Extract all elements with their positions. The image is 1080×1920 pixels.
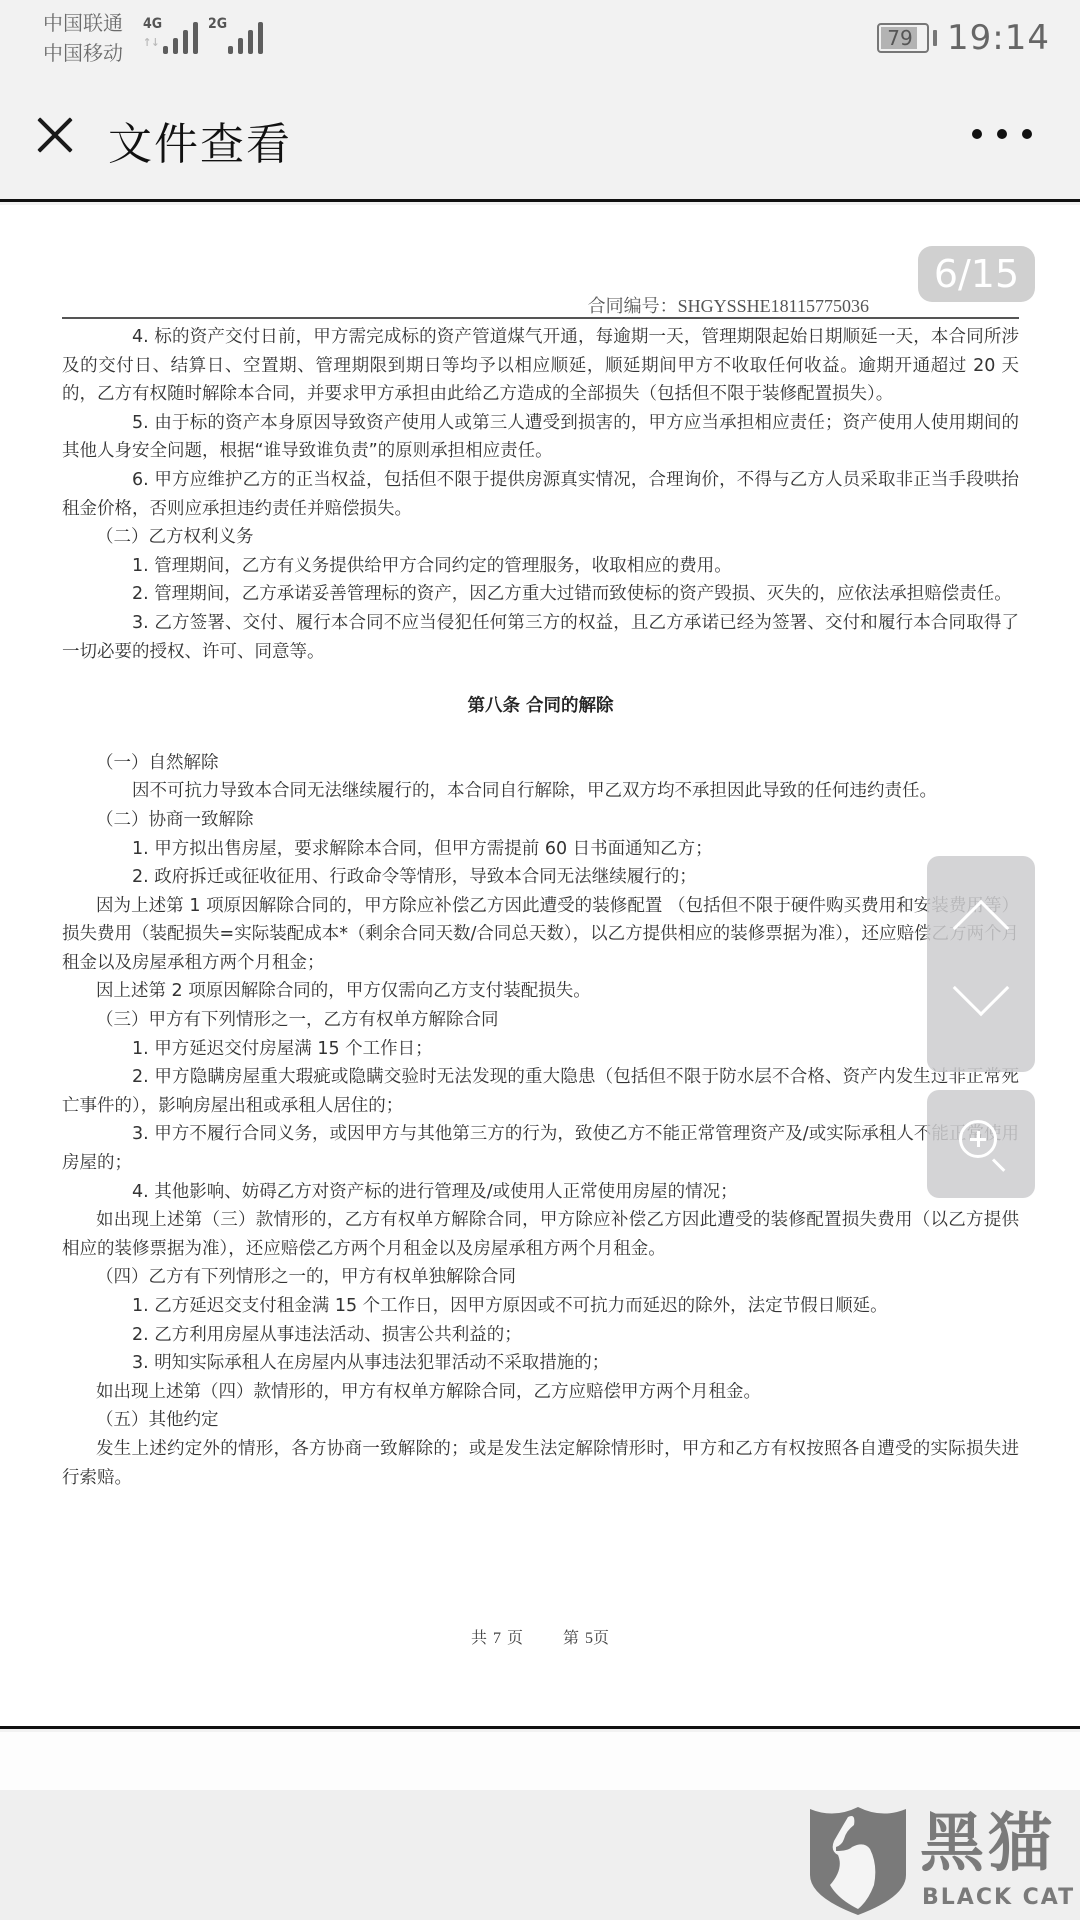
clause-2: 2. 甲方隐瞒房屋重大瑕疵或隐瞒交验时无法发现的重大隐患（包括但不限于防水层不合… — [62, 1063, 1019, 1120]
chevron-down-icon — [953, 960, 1010, 1017]
zoom-button[interactable] — [927, 1090, 1035, 1198]
total-pages: 共 7 页 — [471, 1630, 523, 1647]
clause-4: 4. 标的资产交付日前，甲方需完成标的资产管道煤气开通，每逾期一天，管理期限起始… — [62, 323, 1019, 409]
close-icon[interactable] — [30, 110, 80, 160]
section-heading: （四）乙方有下列情形之一的，甲方有权单独解除合同 — [62, 1263, 1019, 1292]
paragraph: 因上述第 2 项原因解除合同的，甲方仅需向乙方支付装配损失。 — [62, 977, 1019, 1006]
page-indicator: 6/15 — [918, 246, 1035, 302]
clause-1: 1. 乙方延迟交支付租金满 15 个工作日，因甲方原因或不可抗力而延迟的除外，法… — [62, 1292, 1019, 1321]
clause-6: 6. 甲方应维护乙方的正当权益，包括但不限于提供房源真实情况，合理询价，不得与乙… — [62, 466, 1019, 523]
current-page: 第 5页 — [563, 1630, 609, 1647]
network-type-1: 4G — [143, 16, 162, 32]
paragraph: 如出现上述第（三）款情形的，乙方有权单方解除合同，甲方除应补偿乙方因此遭受的装修… — [62, 1206, 1019, 1263]
chevron-up-icon — [953, 900, 1010, 957]
section-heading: （二）乙方权利义务 — [62, 523, 1019, 552]
section-heading: （一）自然解除 — [62, 749, 1019, 778]
dot-icon — [997, 129, 1007, 139]
clause-5: 5. 由于标的资产本身原因导致资产使用人或第三人遭受到损害的，甲方应当承担相应责… — [62, 409, 1019, 466]
dot-icon — [1022, 129, 1032, 139]
clause-1: 1. 甲方拟出售房屋，要求解除本合同，但甲方需提前 60 日书面通知乙方； — [62, 835, 1019, 864]
document-viewer[interactable]: 合同编号：SHGYSSHE18115775036 4. 标的资产交付日前，甲方需… — [0, 205, 1080, 1729]
status-bar: 中国联通 中国移动 4G ↑↓ 2G 79 19:14 — [0, 0, 1080, 80]
section-heading: （三）甲方有下列情形之一，乙方有权单方解除合同 — [62, 1006, 1019, 1035]
battery-icon: 79 — [877, 23, 929, 53]
battery-percent: 79 — [879, 25, 921, 51]
watermark: 黑猫 BLACK CAT — [808, 1805, 1080, 1920]
clause-3: 3. 乙方签署、交付、履行本合同不应当侵犯任何第三方的权益，且乙方承诺已经为签署… — [62, 609, 1019, 666]
clause-2: 2. 管理期间，乙方承诺妥善管理标的资产，因乙方重大过错而致使标的资产毁损、灭失… — [62, 580, 1019, 609]
clause-2: 2. 政府拆迁或征收征用、行政命令等情形，导致本合同无法继续履行的； — [62, 863, 1019, 892]
clock: 19:14 — [947, 18, 1050, 58]
network-type-2: 2G — [208, 16, 227, 32]
black-cat-shield-icon — [808, 1805, 908, 1917]
paragraph: 因为上述第 1 项原因解除合同的，甲方除应补偿乙方因此遭受的装修配置 （包括但不… — [62, 892, 1019, 978]
app-header: 文件查看 — [0, 80, 1080, 202]
clause-1: 1. 甲方延迟交付房屋满 15 个工作日； — [62, 1035, 1019, 1064]
zoom-in-icon — [959, 1120, 997, 1158]
zoom-handle — [992, 1158, 1005, 1171]
carrier-1: 中国联通 — [43, 8, 123, 38]
carrier-2: 中国移动 — [43, 38, 123, 68]
page-title: 文件查看 — [108, 108, 292, 172]
contract-number: 合同编号：SHGYSSHE18115775036 — [62, 295, 1019, 319]
clause-4: 4. 其他影响、妨碍乙方对资产标的进行管理及/或使用人正常使用房屋的情况； — [62, 1178, 1019, 1207]
previous-page-button[interactable] — [927, 856, 1035, 964]
watermark-cn: 黑猫 — [920, 1809, 1056, 1879]
clause-3: 3. 明知实际承租人在房屋内从事违法犯罪活动不采取措施的； — [62, 1349, 1019, 1378]
watermark-en: BLACK CAT — [922, 1885, 1075, 1910]
paragraph: 发生上述约定外的情形，各方协商一致解除的；或是发生法定解除情形时，甲方和乙方有权… — [62, 1435, 1019, 1492]
document-page: 4. 标的资产交付日前，甲方需完成标的资产管道煤气开通，每逾期一天，管理期限起始… — [62, 323, 1019, 1492]
dot-icon — [972, 129, 982, 139]
section-heading: （五）其他约定 — [62, 1406, 1019, 1435]
clause-3: 3. 甲方不履行合同义务，或因甲方与其他第三方的行为，致使乙方不能正常管理资产及… — [62, 1120, 1019, 1177]
data-activity-icon: ↑↓ — [143, 36, 160, 49]
signal-2g-icon: 2G — [208, 16, 268, 56]
signal-4g-icon: 4G ↑↓ — [143, 16, 203, 56]
clause-1: 1. 管理期间，乙方有义务提供给甲方合同约定的管理服务，收取相应的费用。 — [62, 552, 1019, 581]
page-navigation — [927, 856, 1035, 1072]
more-options-button[interactable] — [972, 124, 1032, 144]
section-heading: （二）协商一致解除 — [62, 806, 1019, 835]
clause-2: 2. 乙方利用房屋从事违法活动、损害公共利益的； — [62, 1321, 1019, 1350]
page-footer: 共 7 页第 5页 — [0, 1625, 1080, 1648]
battery-nub — [933, 30, 937, 46]
paragraph: 因不可抗力导致本合同无法继续履行的，本合同自行解除，甲乙双方均不承担因此导致的任… — [62, 777, 1019, 806]
article-title: 第八条 合同的解除 — [62, 692, 1019, 721]
next-page-button[interactable] — [927, 964, 1035, 1072]
carrier-list: 中国联通 中国移动 — [43, 8, 123, 68]
paragraph: 如出现上述第（四）款情形的，甲方有权单方解除合同，乙方应赔偿甲方两个月租金。 — [62, 1378, 1019, 1407]
